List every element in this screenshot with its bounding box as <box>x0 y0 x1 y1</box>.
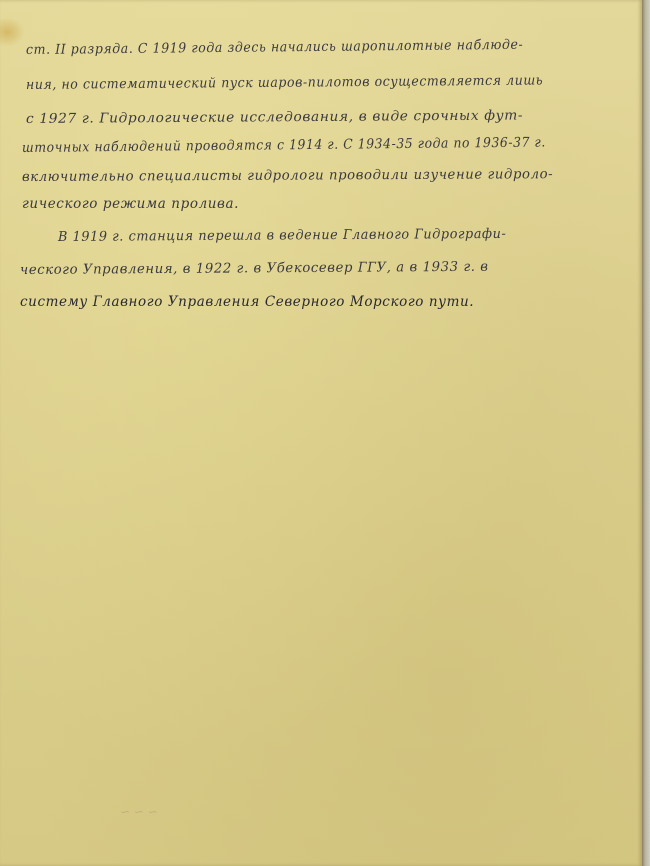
page-edge <box>642 0 650 866</box>
text-line: гического режима пролива. <box>22 196 239 212</box>
bleed-through-text: ~ ~ ~ <box>120 805 158 819</box>
text-line: включительно специалисты гидрологи прово… <box>22 166 553 185</box>
water-stain <box>0 18 24 46</box>
text-line: ческого Управления, в 1922 г. в Убекосев… <box>20 259 489 278</box>
text-line: систему Главного Управления Северного Мо… <box>20 294 474 310</box>
paper-sheet <box>0 0 642 866</box>
text-line: В 1919 г. станция перешла в ведение Глав… <box>58 226 506 245</box>
